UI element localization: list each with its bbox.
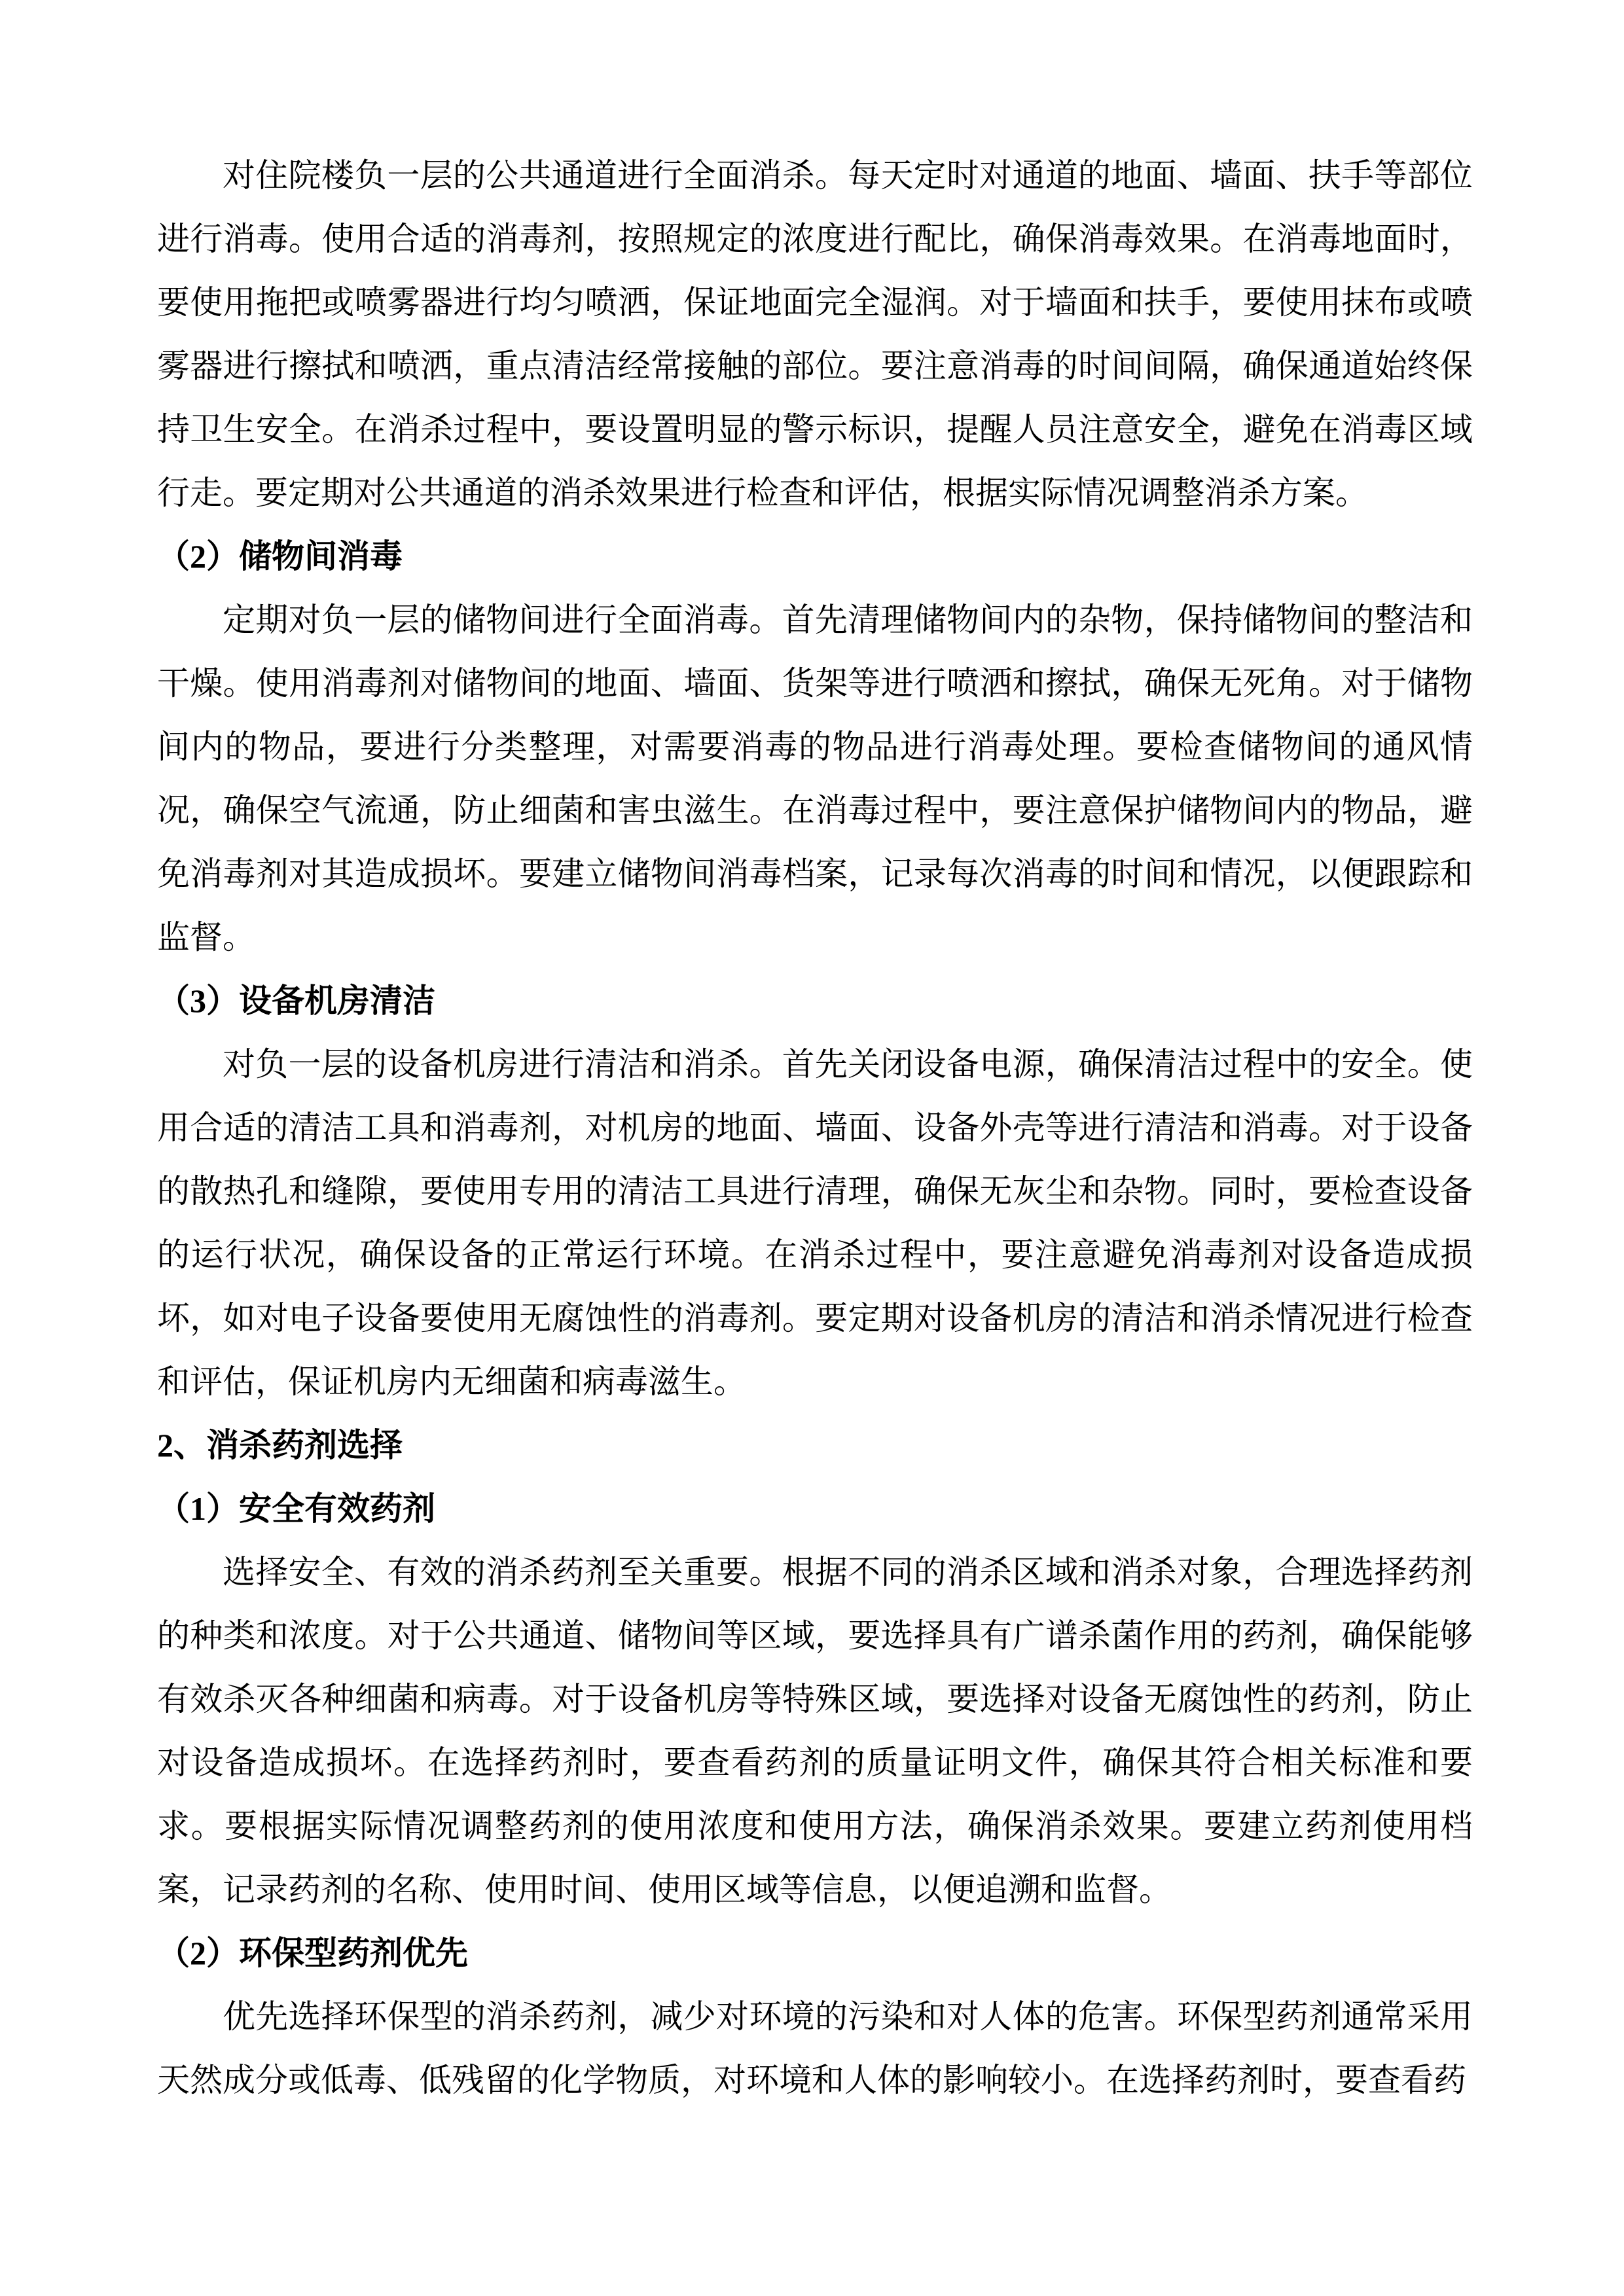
document-page: 对住院楼负一层的公共通道进行全面消杀。每天定时对通道的地面、墙面、扶手等部位进行… [0,0,1624,2296]
heading-disinfectant-selection: 2、消杀药剂选择 [157,1414,1473,1477]
document-body: 对住院楼负一层的公共通道进行全面消杀。每天定时对通道的地面、墙面、扶手等部位进行… [157,144,1473,2112]
heading-eco-friendly-agent: （2）环保型药剂优先 [157,1922,1473,1985]
para-safe-effective-agent: 选择安全、有效的消杀药剂至关重要。根据不同的消杀区域和消杀对象，合理选择药剂的种… [157,1541,1473,1922]
para-storage-room-disinfection: 定期对负一层的储物间进行全面消毒。首先清理储物间内的杂物，保持储物间的整洁和干燥… [157,588,1473,969]
para-public-corridor-disinfection: 对住院楼负一层的公共通道进行全面消杀。每天定时对通道的地面、墙面、扶手等部位进行… [157,144,1473,525]
heading-storage-room-disinfection: （2）储物间消毒 [157,525,1473,588]
para-equipment-room-cleaning: 对负一层的设备机房进行清洁和消杀。首先关闭设备电源，确保清洁过程中的安全。使用合… [157,1033,1473,1414]
heading-safe-effective-agent: （1）安全有效药剂 [157,1477,1473,1541]
heading-equipment-room-cleaning: （3）设备机房清洁 [157,969,1473,1033]
para-eco-friendly-agent: 优先选择环保型的消杀药剂，减少对环境的污染和对人体的危害。环保型药剂通常采用天然… [157,1985,1473,2112]
